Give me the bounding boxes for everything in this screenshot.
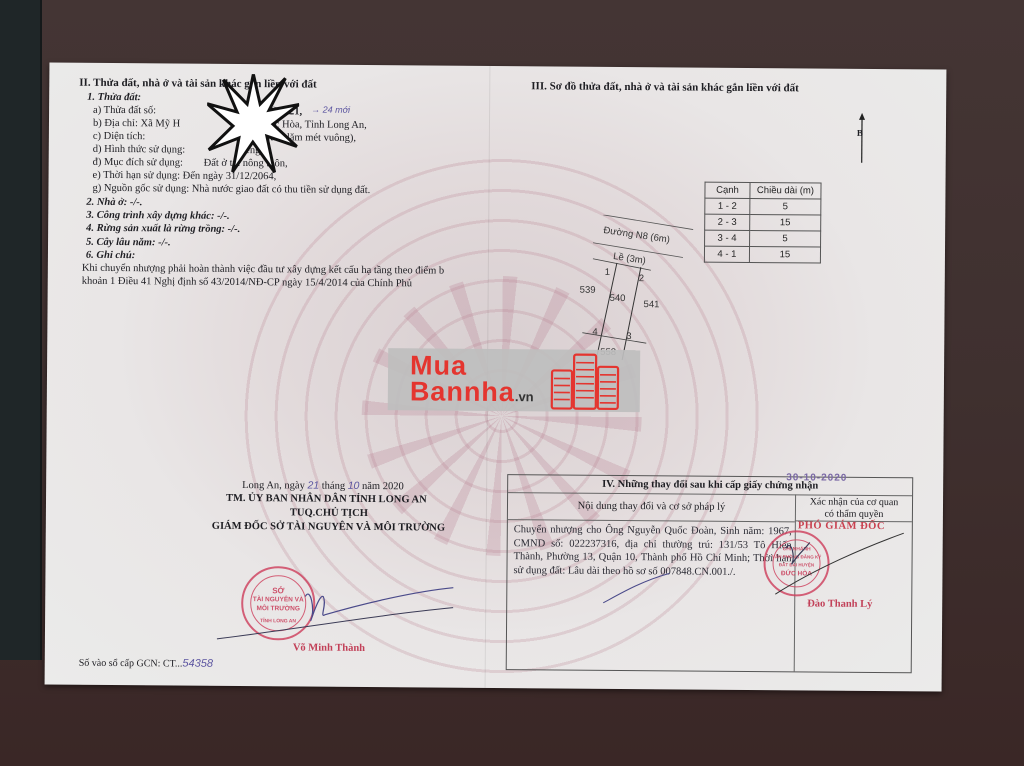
date-month: 10 [348,480,360,492]
edge-cell: 1 - 2 [705,198,750,214]
binder-cover [0,0,42,660]
month-label: tháng [322,481,345,492]
signing-date: Long An, ngày 21 tháng 10 năm 2020 [242,479,404,493]
perennial-tree-item: 5. Cây lâu năm: -/-. [86,236,171,250]
changes-confirmation-header: Xác nhận của cơ quan có thẩm quyền [795,494,912,522]
parcel-number-label: a) Thửa đất số: [93,104,156,117]
table-row: 4 - 115 [704,246,820,263]
use-origin: g) Nguồn gốc sử dụng: Nhà nước giao đất … [92,182,370,197]
area-label: c) Diện tích: [93,130,146,143]
issuer-signer-name: Võ Minh Thành [293,642,365,654]
length-cell: 5 [750,230,821,247]
parcel-heading: 1. Thửa đất: [87,91,141,104]
logo-bannha: Bannha [410,376,515,407]
table-row: 3 - 45 [705,230,821,247]
road-label: Đường N8 (6m) [603,225,671,246]
table-header-row: Cạnh Chiều dài (m) [705,182,821,199]
vertex-3: 3 [626,331,631,342]
confirmation-signature [765,528,906,599]
table-row: 2 - 315 [705,214,821,231]
column-header-edge: Cạnh [705,182,750,198]
column-header-length: Chiều dài (m) [750,182,821,199]
table-row: 1 - 25 [705,198,821,215]
parcel-number: 540 [610,293,626,304]
other-construction-item: 3. Công trình xây dựng khác: -/-. [86,209,229,223]
issuer-org-line-1: TM. ỦY BAN NHÂN DÂN TỈNH LONG AN [226,492,427,507]
issuer-signature [215,584,455,646]
length-cell: 5 [750,198,821,215]
use-purpose-label: đ) Mục đích sử dụng: [93,156,183,170]
vertex-4: 4 [592,327,597,338]
north-label: B [857,127,863,140]
confirmation-header-line-1: Xác nhận của cơ quan [796,496,912,509]
vertex-2: 2 [639,273,644,284]
changes-content-header: Nội dung thay đổi và cơ sở pháp lý [508,492,795,522]
edge-length-table: Cạnh Chiều dài (m) 1 - 25 2 - 315 3 - 45… [704,182,822,264]
logo-text-bannha: Bannha.vn [410,378,534,410]
registry-label: Số vào sổ cấp GCN: CT... [79,658,183,670]
logo-suffix: .vn [515,389,534,404]
length-cell: 15 [750,214,821,231]
address-label: b) Địa chỉ: Xã Mỹ H [93,117,180,131]
year-label: năm 2020 [362,481,404,492]
buildings-icon [550,352,620,411]
issuer-org-line-2: TUQ.CHỦ TỊCH [290,506,368,520]
confirmation-signer-name: Đào Thanh Lý [807,598,872,610]
neighbor-left: 539 [580,285,596,296]
map-sheet-handwritten: → 24 mới [311,104,350,117]
registry-number: Số vào sổ cấp GCN: CT...54358 [79,657,213,671]
confirmation-date-stamp: 30-10-2020 [786,472,847,483]
planted-forest-item: 4. Rừng sản xuất là rừng trồng: -/-. [86,222,240,236]
house-item: 2. Nhà ở: -/-. [86,196,142,209]
date-prefix: Long An, ngày [242,480,305,491]
muabannha-watermark: Mua Bannha.vn [388,348,640,412]
notes-heading: 6. Ghi chú: [86,249,135,262]
neighbor-right: 541 [644,299,660,310]
use-form-label: d) Hình thức sử dụng: [93,143,186,157]
sidewalk-label: Lề (3m) [612,251,646,267]
entry-signature [601,565,671,606]
land-use-certificate: II. Thửa đất, nhà ở và tài sản khác gắn … [45,62,947,691]
date-day: 21 [307,480,319,492]
note-line-2: khoản 1 Điều 41 Nghị định số 43/2014/NĐ-… [82,275,412,291]
confirmation-header-line-2: có thẩm quyền [796,508,912,521]
parcel-plot-diagram: Đường N8 (6m) Lề (3m) 1 2 3 4 540 539 54… [562,215,713,366]
length-cell: 15 [749,246,820,263]
issuer-org-line-3: GIÁM ĐỐC SỞ TÀI NGUYÊN VÀ MÔI TRƯỜNG [212,520,445,535]
registry-value: 54358 [182,658,213,670]
starburst-redaction-icon [207,74,300,175]
vertex-1: 1 [605,267,610,278]
section-iii-title: III. Sơ đồ thửa đất, nhà ở và tài sản kh… [531,80,799,95]
